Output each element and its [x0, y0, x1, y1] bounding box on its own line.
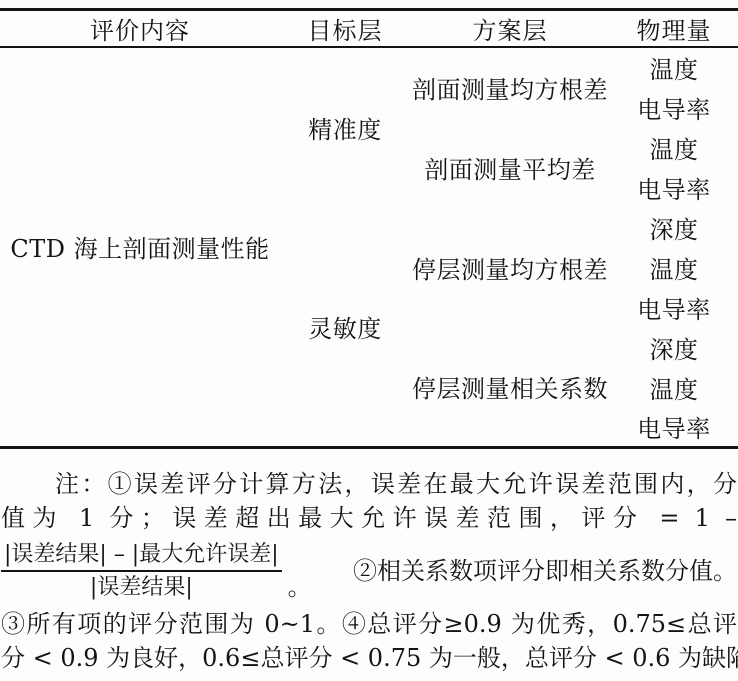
note-line-5: 分 < 0.9 为良好，0.6≤总评分 < 0.75 为一般，总评分 < 0.6… — [1, 641, 737, 675]
cell-quantity: 深度 — [610, 207, 738, 247]
evaluation-table: 评价内容 目标层 方案层 物理量 CTD 海上剖面测量性能 精准度 剖面测量均方… — [0, 8, 738, 449]
cell-quantity: 温度 — [610, 127, 738, 167]
cell-quantity: 深度 — [610, 327, 738, 367]
note-sentence-2: ②相关系数项评分即相关系数分值。 — [353, 554, 737, 588]
header-target-layer: 目标层 — [280, 10, 410, 48]
cell-quantity: 电导率 — [610, 87, 738, 127]
cell-quantity: 电导率 — [610, 287, 738, 327]
cell-quantity: 电导率 — [610, 407, 738, 447]
cell-scheme-stoplayer-rms: 停层测量均方根差 — [410, 207, 610, 327]
cell-quantity: 温度 — [610, 367, 738, 407]
page: 评价内容 目标层 方案层 物理量 CTD 海上剖面测量性能 精准度 剖面测量均方… — [0, 0, 738, 681]
fraction-denominator: |误差结果| — [1, 572, 282, 602]
header-evaluation-content: 评价内容 — [0, 10, 280, 48]
table-header-row: 评价内容 目标层 方案层 物理量 — [0, 10, 738, 48]
fraction-numerator: |误差结果| – |最大允许误差| — [1, 540, 282, 572]
cell-scheme-stoplayer-corr: 停层测量相关系数 — [410, 327, 610, 447]
formula-group: |误差结果| – |最大允许误差| |误差结果| 。 — [1, 540, 312, 602]
formula-period: 。 — [282, 572, 312, 602]
table-row: CTD 海上剖面测量性能 精准度 剖面测量均方根差 温度 — [0, 47, 738, 87]
cell-evaluation-content: CTD 海上剖面测量性能 — [0, 47, 280, 447]
cell-target-accuracy: 精准度 — [280, 47, 410, 207]
cell-quantity: 温度 — [610, 47, 738, 87]
cell-scheme-profile-mean: 剖面测量平均差 — [410, 127, 610, 207]
note-line-1: 注：①误差评分计算方法，误差在最大允许误差范围内，分 — [1, 467, 737, 501]
header-physical-quantity: 物理量 — [610, 10, 738, 48]
note-line-4: ③所有项的评分范围为 0~1。④总评分≥0.9 为优秀，0.75≤总评 — [1, 607, 737, 641]
formula-fraction: |误差结果| – |最大允许误差| |误差结果| — [1, 540, 282, 602]
table-note: 注：①误差评分计算方法，误差在最大允许误差范围内，分 值为 1 分；误差超出最大… — [0, 467, 738, 675]
header-scheme-layer: 方案层 — [410, 10, 610, 48]
cell-quantity: 电导率 — [610, 167, 738, 207]
cell-scheme-profile-rms: 剖面测量均方根差 — [410, 47, 610, 127]
note-formula-line: |误差结果| – |最大允许误差| |误差结果| 。 ②相关系数项评分即相关系数… — [1, 537, 737, 605]
cell-quantity: 温度 — [610, 247, 738, 287]
note-line-2: 值为 1 分；误差超出最大允许误差范围，评分 = 1 – — [1, 501, 737, 535]
cell-target-sensitivity: 灵敏度 — [280, 207, 410, 447]
